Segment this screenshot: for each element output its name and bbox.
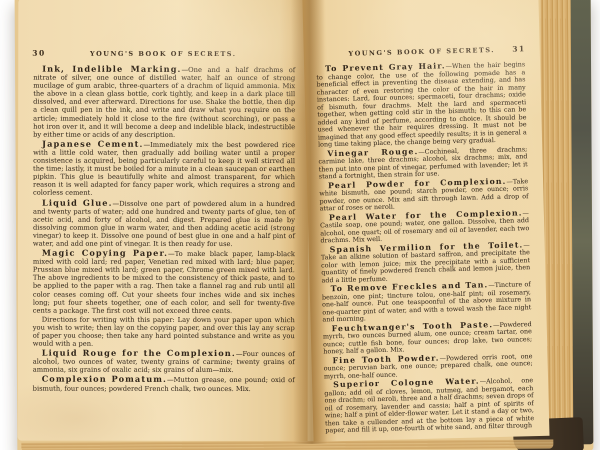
recipe-section: To Remove Freckles and Tan.—Tincture of … — [322, 280, 532, 324]
right-page-number: 31 — [508, 44, 526, 53]
recipe-body-text: —When the hair begins to change color, t… — [316, 60, 527, 148]
left-page-header: 30 YOUNG'S BOOK OF SECRETS. — [18, 49, 308, 59]
recipe-section: To Prevent Gray Hair.—When the hair begi… — [316, 60, 527, 149]
recipe-heading: Complexion Pomatum. — [42, 374, 167, 384]
recipe-body-text: —Immediately mix the best powdered rice … — [33, 141, 295, 197]
recipe-heading: Liquid Glue. — [42, 197, 113, 207]
running-header: YOUNG'S BOOK OF SECRETS. — [336, 46, 508, 58]
recipe-section: Magic Copying Paper.—To make black paper… — [33, 249, 295, 315]
recipe-heading: Japanese Cement. — [42, 138, 143, 148]
running-header: YOUNG'S BOOK OF SECRETS. — [50, 50, 276, 58]
right-page-header: YOUNG'S BOOK OF SECRETS. 31 — [304, 44, 540, 59]
left-page-text: Ink, Indelible Marking.—One and a half d… — [18, 65, 309, 393]
back-cover-edge — [571, 0, 594, 444]
recipe-section: Japanese Cement.—Immediately mix the bes… — [33, 139, 295, 197]
recipe-section: Spanish Vermilion for the Toilet.—Take a… — [321, 241, 531, 285]
open-book: 30 YOUNG'S BOOK OF SECRETS. Ink, Indelib… — [15, 0, 594, 450]
recipe-heading: Ink, Indelible Marking. — [42, 64, 181, 74]
right-page-text: To Prevent Gray Hair.—When the hair begi… — [304, 60, 549, 435]
recipe-heading: Liquid Rouge for the Complexion. — [42, 348, 236, 358]
recipe-section: Liquid Glue.—Dissolve one part of powder… — [33, 198, 295, 248]
photo-background: 30 YOUNG'S BOOK OF SECRETS. Ink, Indelib… — [0, 0, 600, 450]
recipe-body-text: —Dissolve one part of powdered alum in a… — [33, 199, 295, 248]
recipe-section: Complexion Pomatum.—Mutton grease, one p… — [33, 375, 295, 393]
recipe-section: Feuchtwanger's Tooth Paste.—Powdered myr… — [323, 320, 533, 356]
recipe-body-text: —To make black paper, lamp-black mixed w… — [33, 250, 295, 315]
right-page: YOUNG'S BOOK OF SECRETS. 31 To Prevent G… — [302, 0, 549, 442]
recipe-section: Superior Cologne Water.—Alcohol, one gal… — [324, 376, 534, 435]
recipe-paragraph: Directions for writing with this paper: … — [33, 315, 295, 348]
recipe-section: Ink, Indelible Marking.—One and a half d… — [33, 65, 295, 139]
recipe-body-text: —One and a half drachms of nitrate of si… — [33, 66, 295, 139]
recipe-heading: Magic Copying Paper. — [42, 248, 168, 258]
recipe-section: Liquid Rouge for the Complexion.—Four ou… — [33, 349, 295, 375]
left-page: 30 YOUNG'S BOOK OF SECRETS. Ink, Indelib… — [18, 0, 309, 441]
left-page-number: 30 — [32, 49, 50, 58]
